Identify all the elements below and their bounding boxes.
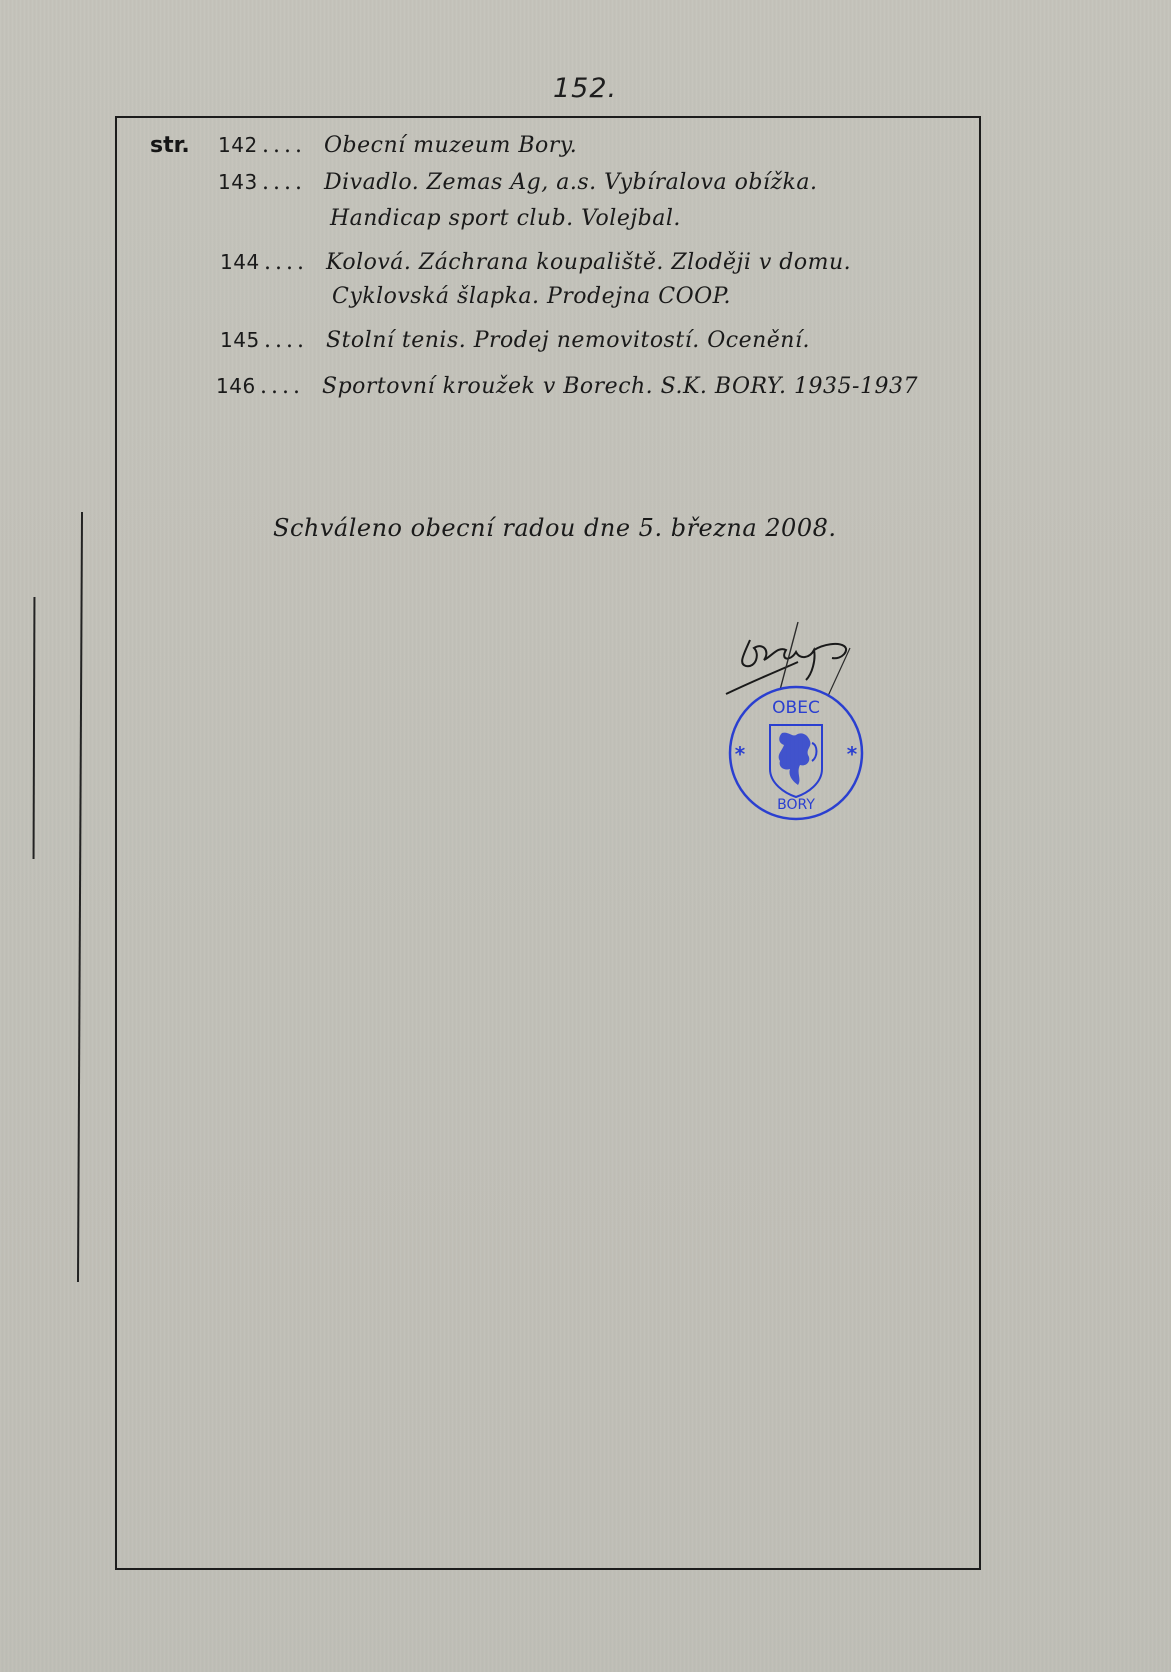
entry-leader-dots: ....	[262, 133, 324, 158]
entry-page-ref: 142	[218, 133, 262, 157]
municipal-stamp: OBEC BORY * *	[726, 683, 866, 823]
coat-of-arms-icon	[770, 725, 822, 797]
stamp-right-star: *	[847, 742, 858, 766]
entry-page-ref: 145	[220, 328, 264, 352]
stamp-top-text: OBEC	[772, 698, 820, 718]
index-entry-143-continuation: Handicap sport club. Volejbal.	[330, 206, 681, 231]
entry-page-ref: 144	[220, 250, 264, 274]
index-entry-142: 142....Obecní muzeum Bory.	[218, 133, 577, 158]
index-entry-144: 144....Kolová. Záchrana koupaliště. Zlod…	[220, 250, 851, 275]
entry-leader-dots: ....	[260, 374, 322, 399]
entry-leader-dots: ....	[262, 170, 324, 195]
stamp-left-star: *	[735, 742, 746, 766]
page-prefix-label: str.	[150, 133, 190, 158]
entry-page-ref: 146	[216, 374, 260, 398]
entry-text: Sportovní kroužek v Borech. S.K. BORY. 1…	[322, 374, 918, 399]
index-entry-144-continuation: Cyklovská šlapka. Prodejna COOP.	[332, 284, 731, 309]
page-number: 152.	[553, 73, 617, 104]
entry-text: Divadlo. Zemas Ag, a.s. Vybíralova obížk…	[324, 170, 817, 195]
index-entry-143: 143....Divadlo. Zemas Ag, a.s. Vybíralov…	[218, 170, 817, 195]
stamp-bottom-text: BORY	[777, 797, 815, 813]
entry-page-ref: 143	[218, 170, 262, 194]
entry-text: Obecní muzeum Bory.	[324, 133, 577, 158]
approval-note: Schváleno obecní radou dne 5. března 200…	[273, 514, 836, 542]
entry-text: Kolová. Záchrana koupaliště. Zloději v d…	[326, 250, 851, 275]
margin-line-1	[77, 512, 83, 1282]
index-entry-145: 145....Stolní tenis. Prodej nemovitostí.…	[220, 328, 810, 353]
entry-leader-dots: ....	[264, 250, 326, 275]
entry-text: Stolní tenis. Prodej nemovitostí. Oceněn…	[326, 328, 810, 353]
margin-line-2	[33, 597, 36, 859]
entry-leader-dots: ....	[264, 328, 326, 353]
index-entry-146: 146....Sportovní kroužek v Borech. S.K. …	[216, 374, 918, 399]
